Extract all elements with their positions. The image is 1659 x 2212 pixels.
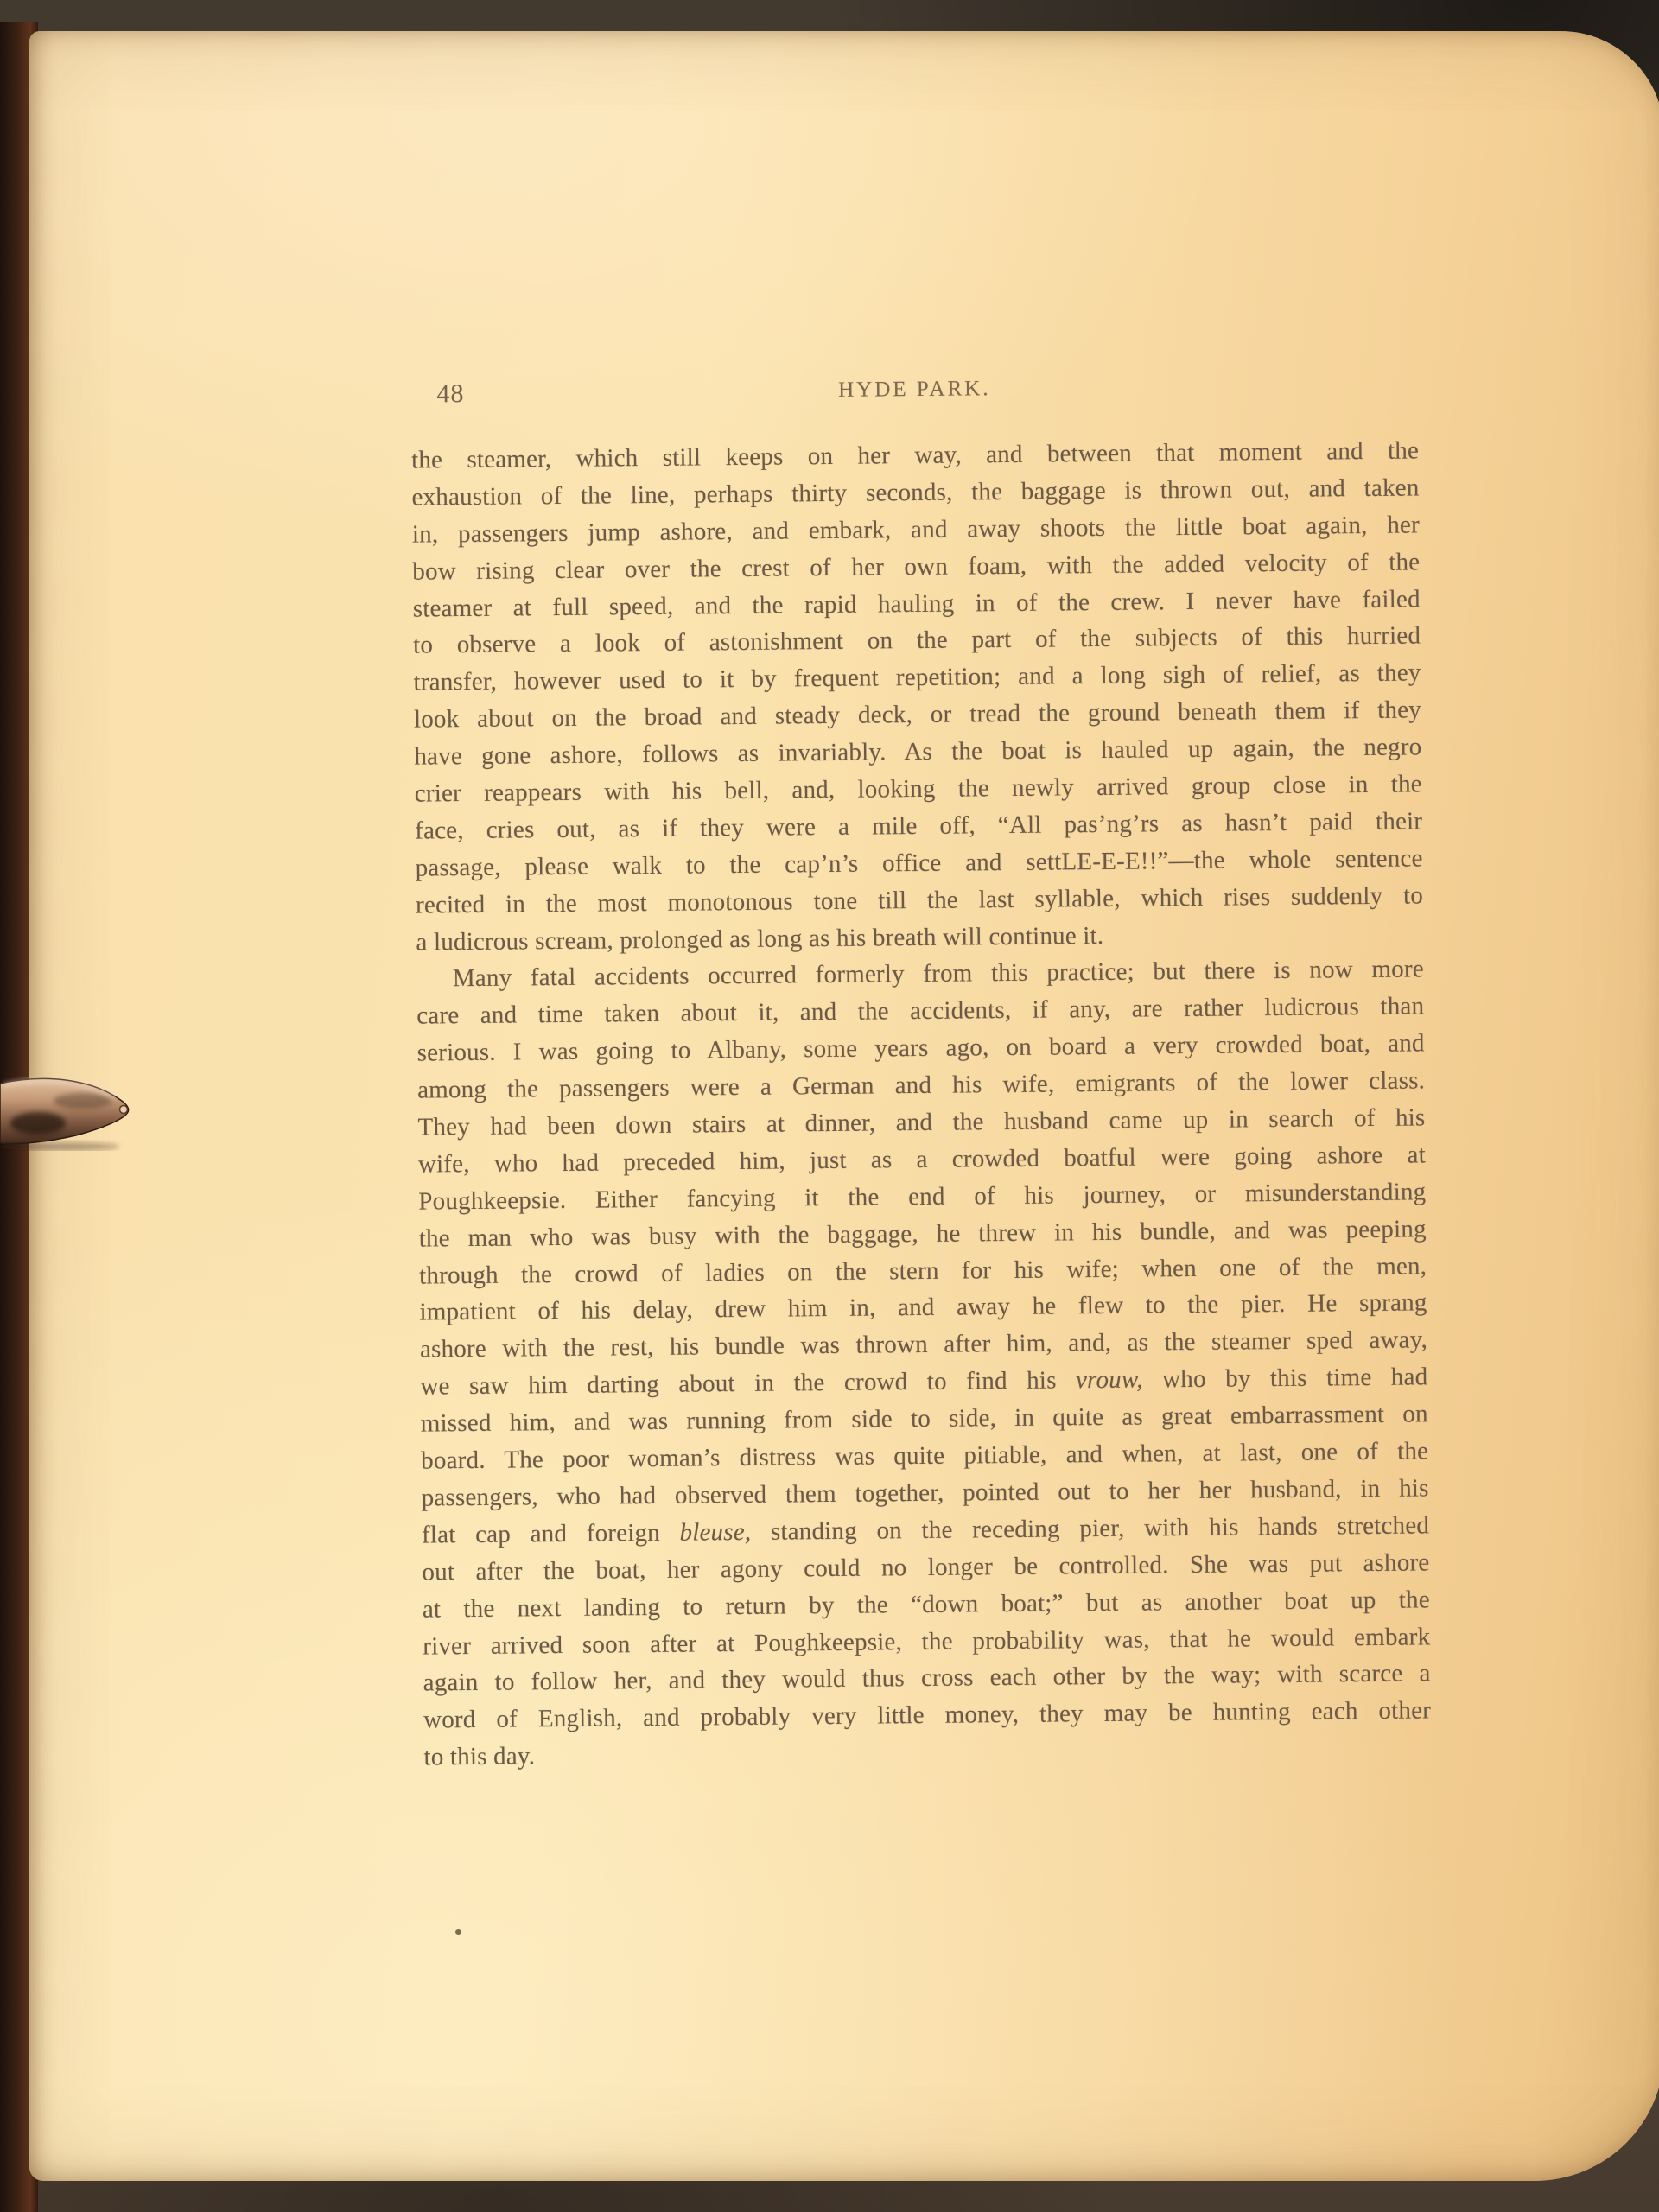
text-block: 48 HYDE PARK. the steamer, which still k… — [407, 26, 1431, 1776]
running-header: HYDE PARK. — [410, 372, 1418, 406]
paragraph: Many fatal accidents occurred formerly f… — [416, 951, 1432, 1777]
book-clasp-icon — [0, 1071, 138, 1151]
paragraph: the steamer, which still keeps on her wa… — [411, 432, 1424, 961]
ink-speck — [455, 1929, 461, 1935]
page-body-text: the steamer, which still keeps on her wa… — [411, 432, 1432, 1776]
page-header: 48 HYDE PARK. — [410, 370, 1418, 414]
book-page: 48 HYDE PARK. the steamer, which still k… — [29, 31, 1659, 2181]
